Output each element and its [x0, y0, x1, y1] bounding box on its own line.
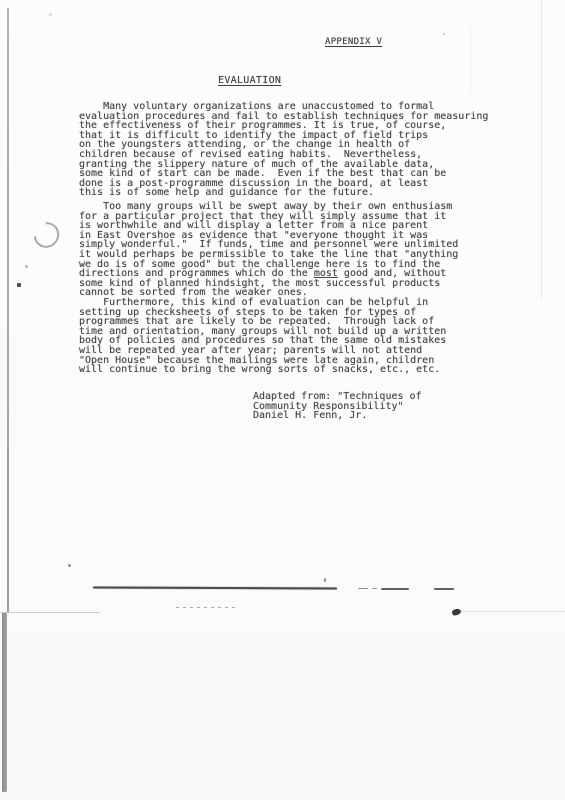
- paragraph-1: Many voluntary organizations are unaccus…: [79, 102, 488, 198]
- paper-speck: [25, 265, 28, 268]
- text-line: this is of some help and guidance for th…: [79, 188, 488, 198]
- smudge-dash: [381, 588, 409, 590]
- paragraph-3: Furthermore, this kind of evaluation can…: [79, 298, 446, 375]
- page-left-edge-line: [7, 8, 9, 612]
- page-left-edge-band: [2, 612, 7, 792]
- smudge-dash: [372, 588, 377, 589]
- text-line: will continue to bring the wrong sorts o…: [79, 365, 446, 375]
- paper-speck: [68, 564, 71, 567]
- paper-speck: [49, 13, 52, 16]
- paper-speck: [324, 578, 327, 582]
- ink-blob-mark: [451, 608, 461, 616]
- ink-dot-mark: [17, 283, 21, 287]
- appendix-label: APPENDIX V: [325, 38, 382, 48]
- horizontal-crease-left: [0, 612, 100, 613]
- paper-speck: [443, 33, 445, 35]
- page-title: EVALUATION: [218, 76, 281, 86]
- paragraph-2: Too many groups will be swept away by th…: [79, 202, 458, 298]
- pen-ring-mark: [29, 217, 65, 253]
- vertical-crease-faint: [470, 25, 471, 95]
- attribution-line: Daniel H. Fenn, Jr.: [253, 411, 422, 421]
- dotted-smudge-line: [176, 607, 236, 608]
- smudge-line: [93, 586, 337, 589]
- horizontal-crease-right: [458, 611, 565, 612]
- attribution: Adapted from: "Techniques of Community R…: [253, 392, 422, 421]
- smudge-dash: [434, 588, 454, 590]
- smudge-dash: [358, 588, 368, 589]
- document-page: APPENDIX V EVALUATION Many voluntary org…: [0, 0, 565, 800]
- vertical-crease-right: [541, 0, 542, 300]
